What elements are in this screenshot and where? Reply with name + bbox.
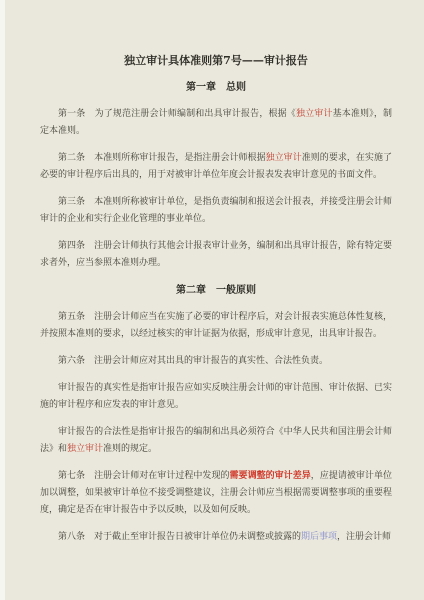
paragraph: 第二条 本准则所称审计报告，是指注册会计师根据独立审计准则的要求，在实施了必要的… (40, 150, 392, 184)
paragraph: 第八条 对于截止至审计报告日被审计单位仍未调整或披露的期后事项，注册会计师 (40, 529, 392, 546)
text-run: 第八条 对于截止至审计报告日被审计单位仍未调整或披露的 (58, 532, 301, 542)
paragraph: 第四条 注册会计师执行其他会计报表审计业务，编制和出具审计报告，除有特定要求者外… (40, 238, 392, 272)
paragraph: 第七条 注册会计师对在审计过程中发现的需要调整的审计差异，应提请被审计单位加以调… (40, 468, 392, 519)
page-left-edge (0, 0, 5, 600)
paragraph: 第三条 本准则所称被审计单位，是指负责编制和报送会计报表，并接受注册会计师审计的… (40, 194, 392, 228)
text-run: 第四条 注册会计师执行其他会计报表审计业务，编制和出具审计报告，除有特定要求者外… (40, 241, 392, 268)
term-link[interactable]: 独立审计 (67, 444, 103, 454)
chapter-heading: 第二章 一般原则 (40, 282, 392, 299)
text-run: 第五条 注册会计师应当在实施了必要的审计程序后，对会计报表实施总体性复核，并按照… (40, 312, 392, 339)
text-run: 第三条 本准则所称被审计单位，是指负责编制和报送会计报表，并接受注册会计师审计的… (40, 197, 392, 224)
paragraph: 第六条 注册会计师应对其出具的审计报告的真实性、合法性负责。 (40, 353, 392, 370)
text-run: 第七条 注册会计师对在审计过程中发现的 (58, 471, 230, 481)
term-link[interactable]: 期后事项 (301, 532, 337, 542)
text-run: 第二条 本准则所称审计报告，是指注册会计师根据 (58, 153, 266, 163)
term-link[interactable]: 独立审计 (296, 109, 333, 119)
text-run: 审计报告的真实性是指审计报告应如实反映注册会计师的审计范围、审计依据、已实施的审… (40, 383, 392, 410)
text-run: 第一章 总则 (186, 82, 246, 93)
document-page: { "colors": { "page_background": "#eae8d… (0, 0, 424, 600)
text-run: 准则的规定。 (103, 444, 157, 454)
text-run: ，注册会计师 (337, 532, 391, 542)
paragraph: 审计报告的合法性是指审计报告的编制和出具必须符合《中华人民共和国注册会计师法》和… (40, 424, 392, 458)
text-run: 第二章 一般原则 (176, 285, 256, 296)
term-link[interactable]: 需要调整的审计差异 (230, 471, 311, 481)
document-content: 独立审计具体准则第7号——审计报告 第一章 总则第一条 为了规范注册会计师编制和… (0, 0, 424, 600)
paragraph: 第一条 为了规范注册会计师编制和出具审计报告，根据《独立审计基本准则》，制定本准… (40, 106, 392, 140)
paragraph: 审计报告的真实性是指审计报告应如实反映注册会计师的审计范围、审计依据、已实施的审… (40, 380, 392, 414)
document-body: 第一章 总则第一条 为了规范注册会计师编制和出具审计报告，根据《独立审计基本准则… (40, 79, 392, 546)
text-run: 第六条 注册会计师应对其出具的审计报告的真实性、合法性负责。 (58, 356, 328, 366)
text-run: 第一条 为了规范注册会计师编制和出具审计报告，根据《 (58, 109, 296, 119)
chapter-heading: 第一章 总则 (40, 79, 392, 96)
paragraph: 第五条 注册会计师应当在实施了必要的审计程序后，对会计报表实施总体性复核，并按照… (40, 309, 392, 343)
term-link[interactable]: 独立审计 (266, 153, 302, 163)
document-title: 独立审计具体准则第7号——审计报告 (40, 52, 392, 69)
